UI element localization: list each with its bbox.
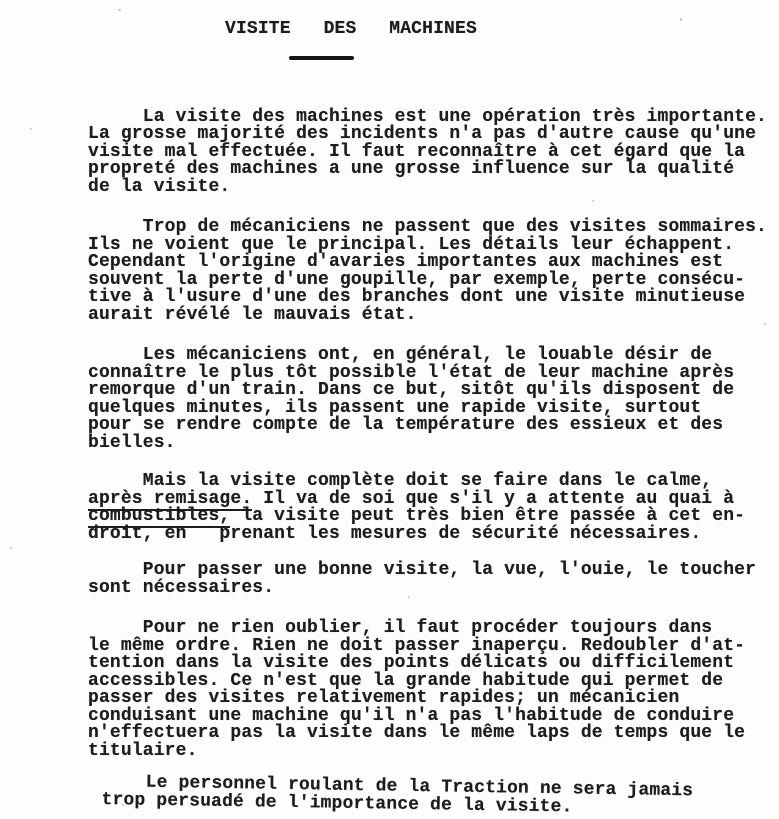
text-line: Les mécaniciens ont, en général, le loua… xyxy=(88,347,779,365)
text-line: titulaire. xyxy=(88,743,779,761)
text-line: droit, en prenant les mesures de sécurit… xyxy=(88,526,779,544)
document-page: VISITE DES MACHINES La visite des machin… xyxy=(0,0,779,819)
text-line: Pour ne rien oublier, il faut procéder t… xyxy=(88,620,779,638)
paragraph-4: Mais la visite complète doit se faire da… xyxy=(88,473,779,543)
paragraph-3: Les mécaniciens ont, en général, le loua… xyxy=(88,347,779,452)
title-underline-rule xyxy=(289,56,354,60)
text-line: n'effectuera pas la visite dans le même … xyxy=(88,725,779,743)
text-line: propreté des machines a une grosse influ… xyxy=(88,161,779,179)
text-line: tention dans la visite des points délica… xyxy=(88,655,779,673)
text-line: La grosse majorité des incidents n'a pas… xyxy=(88,126,779,144)
text-line: Cependant l'origine d'avaries importante… xyxy=(88,254,779,272)
text-line: Pour passer une bonne visite, la vue, l'… xyxy=(88,562,779,580)
text-line: aurait révélé le mauvais état. xyxy=(88,307,779,325)
text-line: tive à l'usure d'une des branches dont u… xyxy=(88,289,779,307)
paragraph-2: Trop de mécaniciens ne passent que des v… xyxy=(88,219,779,324)
scan-speck xyxy=(10,547,12,549)
text-line: pour se rendre compte de la température … xyxy=(88,417,779,435)
scan-speck xyxy=(122,804,124,806)
text-line: de la visite. xyxy=(88,179,779,197)
page-title: VISITE DES MACHINES xyxy=(225,21,779,39)
text-segment: la visite peut très bien être passée à c… xyxy=(230,506,745,526)
paragraph-1: La visite des machines est une opération… xyxy=(88,109,779,197)
text-line: bielles. xyxy=(88,435,779,453)
paragraph-6: Pour ne rien oublier, il faut procéder t… xyxy=(88,620,779,760)
scan-speck xyxy=(680,18,682,21)
text-line: sont nécessaires. xyxy=(88,580,779,598)
text-line: Trop de mécaniciens ne passent que des v… xyxy=(88,219,779,237)
scan-speck xyxy=(764,323,766,325)
text-line: combustibles, la visite peut très bien ê… xyxy=(88,508,779,526)
scan-speck xyxy=(592,200,594,202)
scan-speck xyxy=(118,9,121,11)
text-line: remorque d'un train. Dans ce but, sitôt … xyxy=(88,382,779,400)
text-line: passer des visites relativement rapides;… xyxy=(88,690,779,708)
scan-speck xyxy=(30,128,32,130)
paragraph-5: Pour passer une bonne visite, la vue, l'… xyxy=(88,562,779,597)
scan-speck xyxy=(408,596,410,598)
paragraph-7: Le personnel roulant de la Traction ne s… xyxy=(101,774,778,819)
